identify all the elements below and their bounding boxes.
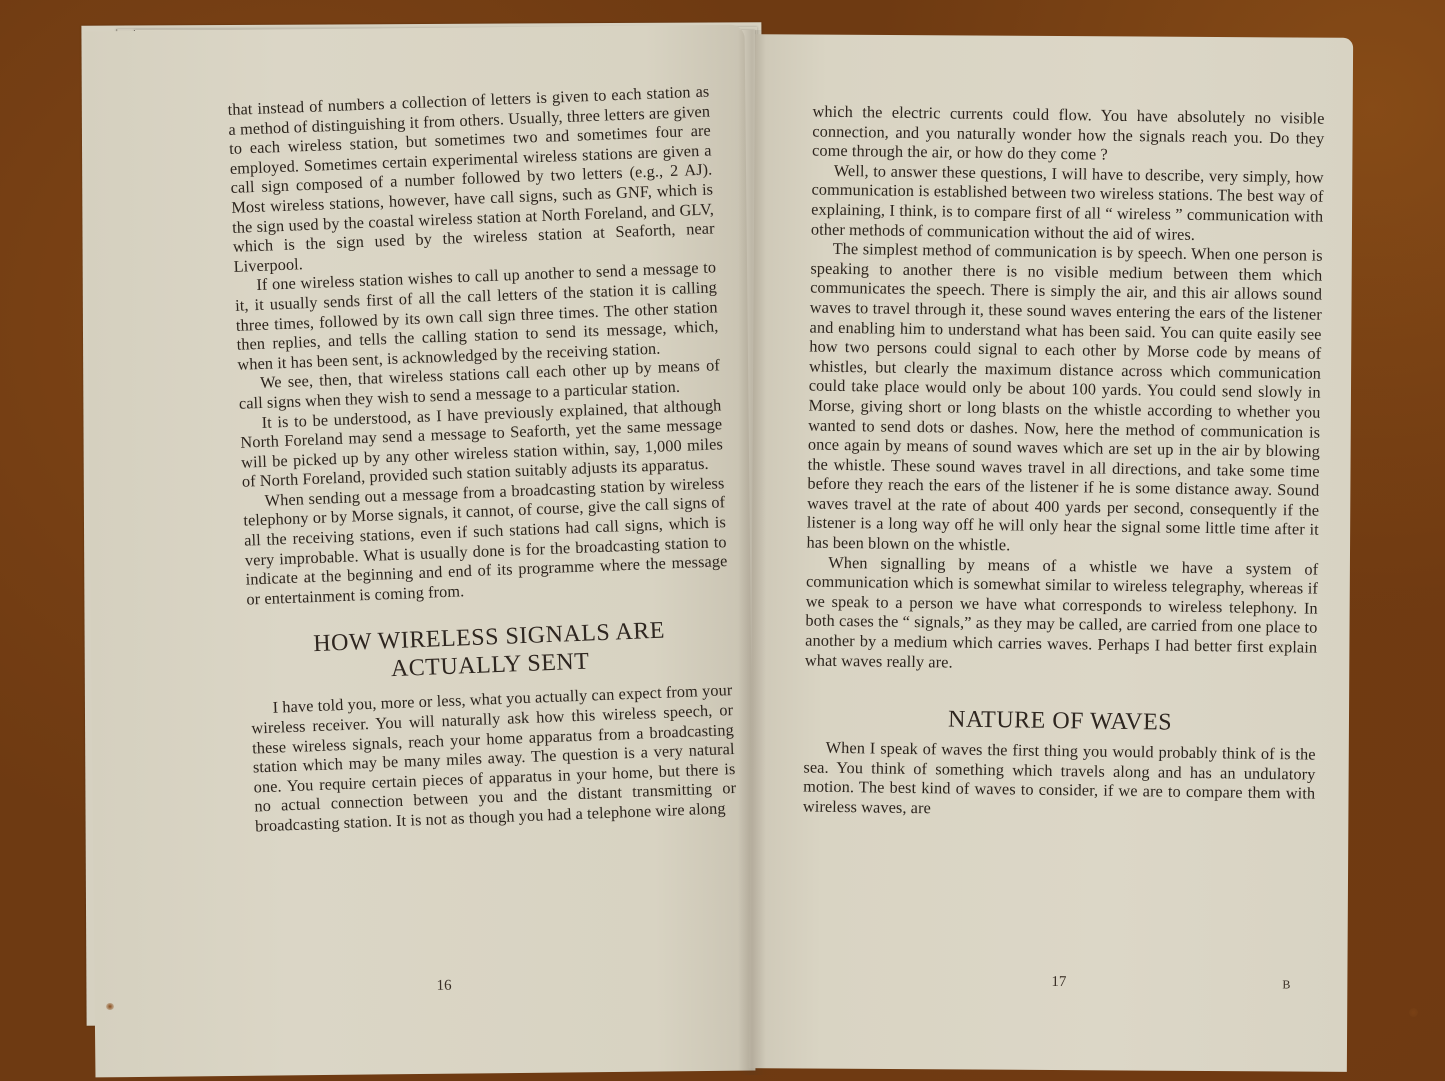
paragraph: When signalling by means of a whistle we… xyxy=(805,552,1319,677)
page-number: 16 xyxy=(436,978,451,995)
paper-stain xyxy=(106,1003,114,1010)
paragraph: that instead of numbers a collection of … xyxy=(227,81,715,276)
paragraph: I have told you, more or less, what you … xyxy=(250,680,737,836)
page-number: 17 xyxy=(1051,974,1066,991)
section-heading: HOW WIRELESS SIGNALS ARE ACTUALLY SENT xyxy=(248,615,732,689)
left-page-text: that instead of numbers a collection of … xyxy=(227,81,737,836)
paragraph: If one wireless station wishes to call u… xyxy=(234,258,719,374)
paragraph: which the electric currents could flow. … xyxy=(812,102,1325,168)
signature-mark: B xyxy=(1282,977,1290,992)
paragraph: Well, to answer these questions, I will … xyxy=(811,160,1324,246)
right-page: which the electric currents could flow. … xyxy=(749,34,1353,1072)
section-heading: NATURE OF WAVES xyxy=(804,704,1316,739)
open-booklet: that instead of numbers a collection of … xyxy=(0,0,1445,1081)
section-heading-line-2: ACTUALLY SENT xyxy=(390,649,589,683)
left-page: that instead of numbers a collection of … xyxy=(85,25,756,1078)
paper-stain xyxy=(1409,1008,1418,1017)
paragraph: When sending out a message from a broadc… xyxy=(242,473,728,609)
right-page-text: which the electric currents could flow. … xyxy=(803,102,1325,824)
paragraph: When I speak of waves the first thing yo… xyxy=(803,738,1316,824)
paragraph: The simplest method of communication is … xyxy=(806,239,1322,560)
